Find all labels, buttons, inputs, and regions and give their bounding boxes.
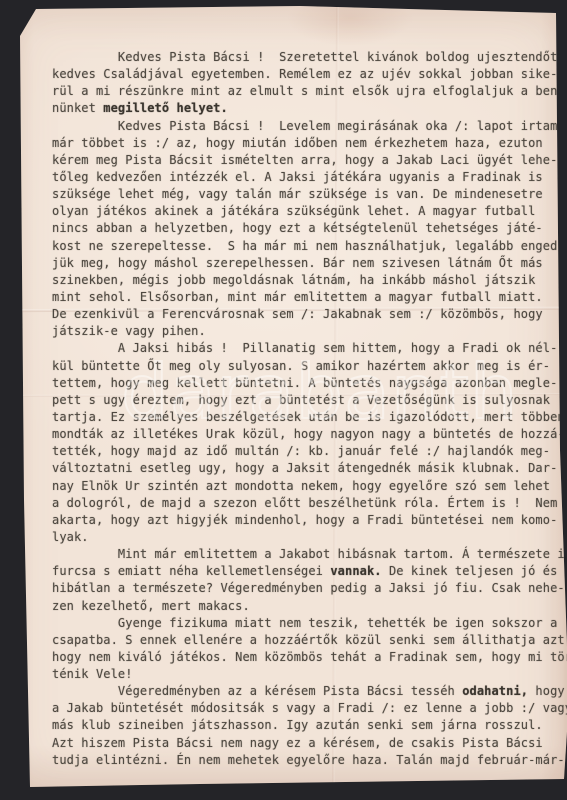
letter-line: ténik Vele! [52,666,567,683]
letter-line: a Jakab büntetését módositsák s vagy a F… [52,700,567,717]
letter-line: kost ne szerepeltesse. S ha már mi nem h… [52,238,567,255]
letter-line: már többet is :/ az, hogy miután időben … [52,135,567,152]
letter-line: szinekben, mégis jobb megoldásnak látnám… [52,272,567,289]
letter-line: más klub szineiben játszhasson. Igy azut… [52,717,567,734]
letter-line: szüksége lehet még, vagy talán már szüks… [52,186,567,203]
letter-photo: Kedves Pista Bácsi ! Szeretettel kivánok… [0,0,567,800]
letter-line: A Jaksi hibás ! Pillanatig sem hittem, h… [52,340,567,357]
letter-line: nünket megillető helyet. [52,100,567,117]
letter-line: Mint már emlitettem a Jakabot hibásnak t… [52,546,567,563]
letter-line: kérem meg Pista Bácsit ismételten arra, … [52,152,567,169]
letter-line: De ezenkivül a Ferencvárosnak sem /: Jak… [52,306,567,323]
letter-line: jük meg, hogy máshol szerepelhessen. Bár… [52,255,567,272]
letter-line: tettem, hogy meg kellett büntetni. A bün… [52,375,567,392]
letter-line: pett s ugy éreztem, hogy ezt a büntetést… [52,392,567,409]
letter-line: tudja elintézni. Én nem mehetek egyelőre… [52,752,567,769]
letter-line: tartja. Ez személyes beszélgetések után … [52,409,567,426]
letter-body: Kedves Pista Bácsi ! Szeretettel kivánok… [52,49,567,769]
letter-line: tették, hogy majd az idő multán /: kb. j… [52,443,567,460]
letter-line: kül büntette Őt meg oly sulyosan. S amik… [52,358,567,375]
letter-line: csapatba. S ennek ellenére a hozzáértők … [52,632,567,649]
letter-line: hibátlan a természete? Végeredményben pe… [52,580,567,597]
letter-line: hogy nem kiváló játékos. Nem közömbös te… [52,649,567,666]
letter-line: nay Elnök Ur szintén azt mondotta nekem,… [52,478,567,495]
letter-line: kedves Családjával egyetemben. Remélem e… [52,66,567,83]
letter-line: tőleg kedvezően intézzék el. A Jaksi ját… [52,169,567,186]
letter-line: zen kezelhető, mert makacs. [52,598,567,615]
letter-line: rül a mi részünkre mint az elmult s mint… [52,83,567,100]
letter-line: Azt hiszem Pista Bácsi nem nagy ez a kér… [52,735,567,752]
letter-line: nincs abban a helyzetben, hogy ezt a két… [52,220,567,237]
letter-line: lyak. [52,529,567,546]
letter-line: olyan játékos akinek a játékára szükségü… [52,203,567,220]
letter-line: változtatni esetleg ugy, hogy a Jaksit á… [52,460,567,477]
letter-line: Gyenge fizikuma miatt nem teszik, tehett… [52,615,567,632]
letter-line: mint sehol. Elsősorban, mint már emlitet… [52,289,567,306]
letter-line: furcsa s emiatt néha kellemetlenségei va… [52,563,567,580]
letter-line: Végeredményben az a kérésem Pista Bácsi … [52,683,567,700]
letter-line: a dologról, de majd a szezon előtt beszé… [52,495,567,512]
letter-line: akarta, hogy azt higyjék mindenhol, hogy… [52,512,567,529]
letter-paper: Kedves Pista Bácsi ! Szeretettel kivánok… [0,0,567,800]
letter-line: játszik-e vagy pihen. [52,323,567,340]
letter-line: Kedves Pista Bácsi ! Szeretettel kivánok… [52,49,567,66]
letter-line: mondták az illetékes Urak közül, hogy na… [52,426,567,443]
letter-line: Kedves Pista Bácsi ! Levelem megirásának… [52,118,567,135]
